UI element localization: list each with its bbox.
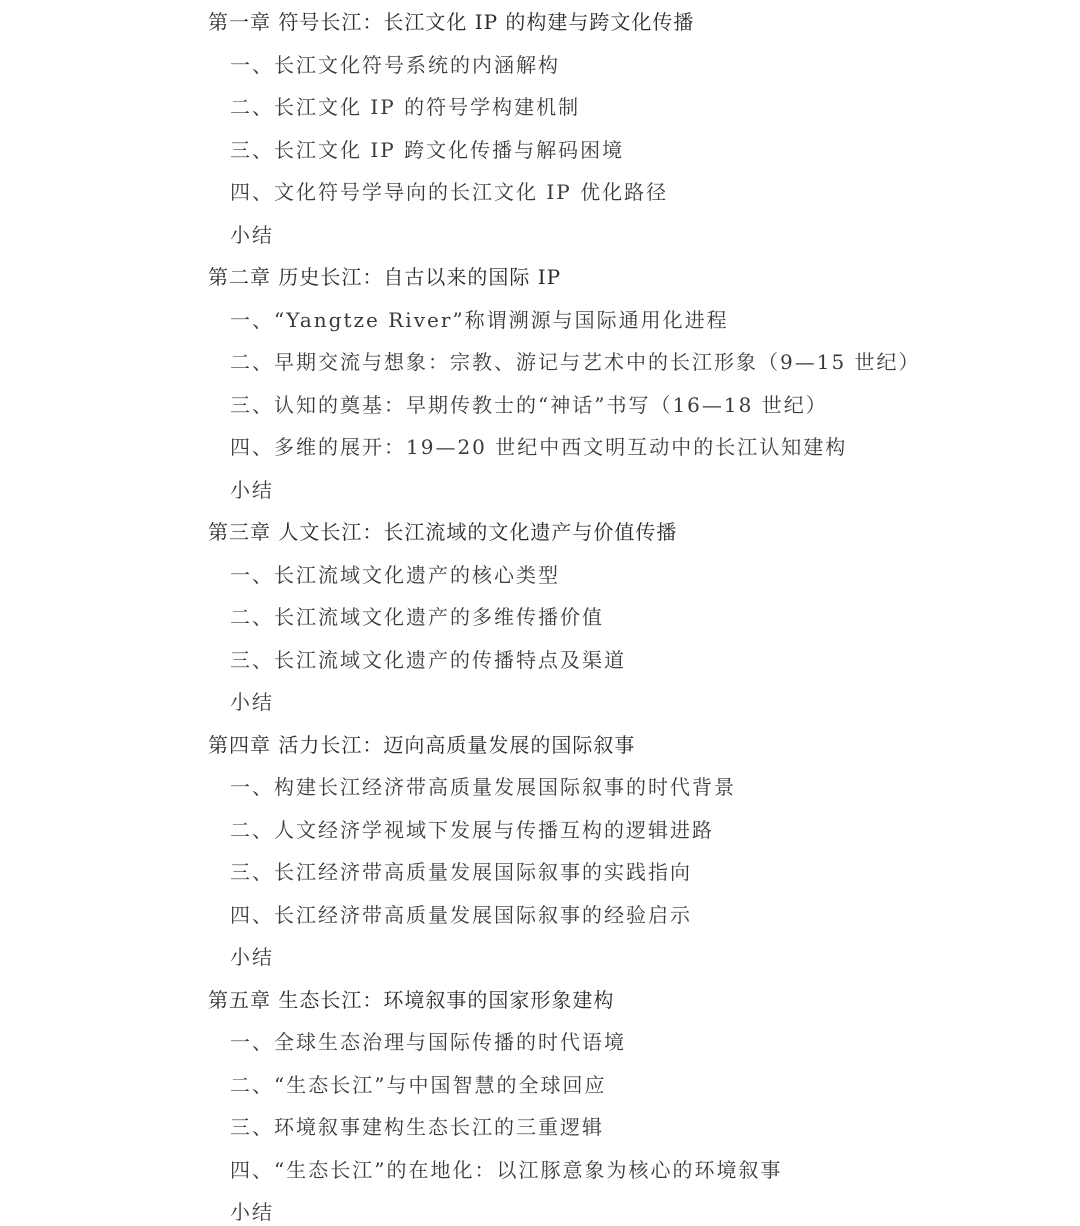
chapter-4-title: 第四章 活力长江：迈向高质量发展的国际叙事 (208, 731, 635, 759)
chapter-3-section-1: 一、长江流域文化遗产的核心类型 (230, 561, 560, 589)
chapter-1-section-1: 一、长江文化符号系统的内涵解构 (230, 51, 560, 79)
chapter-5-section-4: 四、“生态长江”的在地化：以江豚意象为核心的环境叙事 (230, 1156, 782, 1184)
chapter-1-section-4: 四、文化符号学导向的长江文化 IP 优化路径 (230, 178, 668, 206)
chapter-3-section-3: 三、长江流域文化遗产的传播特点及渠道 (230, 646, 626, 674)
chapter-4-section-4: 四、长江经济带高质量发展国际叙事的经验启示 (230, 901, 692, 929)
chapter-2-title: 第二章 历史长江：自古以来的国际 IP (208, 263, 561, 291)
chapter-2-section-4: 四、多维的展开：19—20 世纪中西文明互动中的长江认知建构 (230, 433, 847, 461)
chapter-3-title: 第三章 人文长江：长江流域的文化遗产与价值传播 (208, 518, 677, 546)
chapter-2-summary: 小结 (230, 476, 274, 504)
chapter-1-section-3: 三、长江文化 IP 跨文化传播与解码困境 (230, 136, 624, 164)
chapter-4-summary: 小结 (230, 943, 274, 971)
chapter-5-section-3: 三、环境叙事建构生态长江的三重逻辑 (230, 1113, 604, 1141)
chapter-5-section-2: 二、“生态长江”与中国智慧的全球回应 (230, 1071, 606, 1099)
chapter-5-section-1: 一、全球生态治理与国际传播的时代语境 (230, 1028, 626, 1056)
chapter-4-section-3: 三、长江经济带高质量发展国际叙事的实践指向 (230, 858, 692, 886)
chapter-1-section-2: 二、长江文化 IP 的符号学构建机制 (230, 93, 580, 121)
chapter-1-summary: 小结 (230, 221, 274, 249)
chapter-3-summary: 小结 (230, 688, 274, 716)
chapter-4-section-1: 一、构建长江经济带高质量发展国际叙事的时代背景 (230, 773, 736, 801)
chapter-1-title: 第一章 符号长江：长江文化 IP 的构建与跨文化传播 (208, 8, 694, 36)
chapter-2-section-1: 一、“Yangtze River”称谓溯源与国际通用化进程 (230, 306, 729, 334)
chapter-5-title: 第五章 生态长江：环境叙事的国家形象建构 (208, 986, 614, 1014)
chapter-2-section-3: 三、认知的奠基：早期传教士的“神话”书写（16—18 世纪） (230, 391, 828, 419)
chapter-3-section-2: 二、长江流域文化遗产的多维传播价值 (230, 603, 604, 631)
chapter-5-summary: 小结 (230, 1198, 274, 1226)
chapter-4-section-2: 二、人文经济学视域下发展与传播互构的逻辑进路 (230, 816, 714, 844)
chapter-2-section-2: 二、早期交流与想象：宗教、游记与艺术中的长江形象（9—15 世纪） (230, 348, 921, 376)
